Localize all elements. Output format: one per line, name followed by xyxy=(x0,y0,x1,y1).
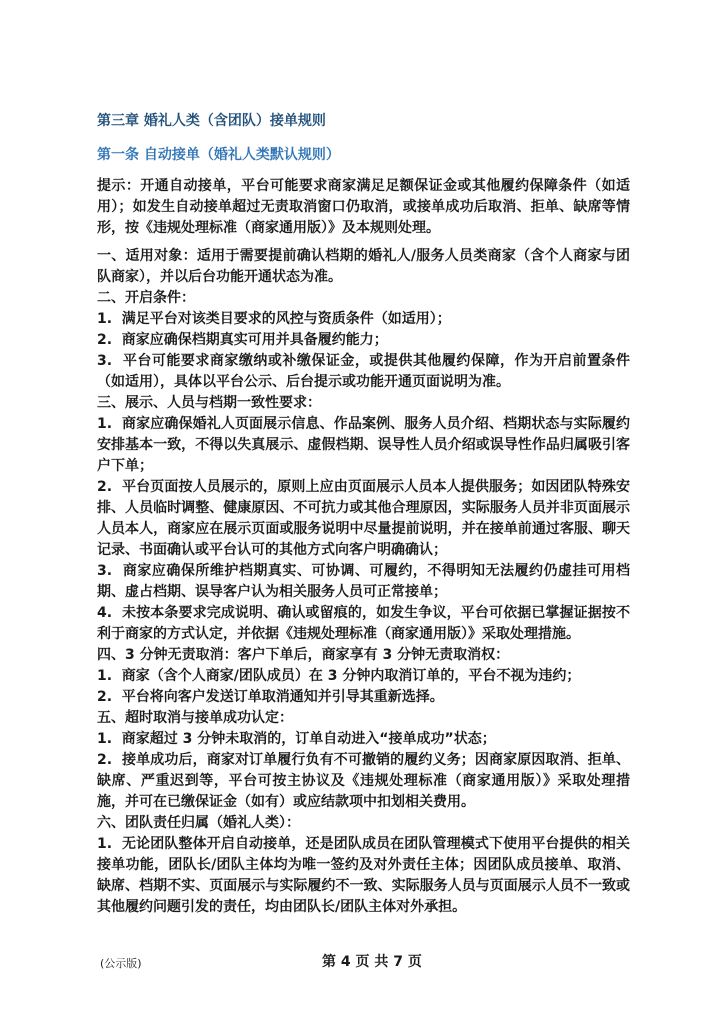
body-paragraph: 1. 无论团队整体开启自动接单，还是团队成员在团队管理模式下使用平台提供的相关接… xyxy=(97,834,630,918)
body-paragraph: 五、超时取消与接单成功认定： xyxy=(97,708,630,729)
document-page: 第三章 婚礼人类（含团队）接单规则 第一条 自动接单（婚礼人类默认规则） 提示：… xyxy=(0,0,724,1024)
body-paragraph: 二、开启条件： xyxy=(97,288,630,309)
body-paragraph: 1. 商家超过 3 分钟未取消的，订单自动进入“接单成功”状态； xyxy=(97,729,630,750)
chapter-heading: 第三章 婚礼人类（含团队）接单规则 xyxy=(97,111,630,131)
body-paragraph: 2. 接单成功后，商家对订单履行负有不可撤销的履约义务；因商家原因取消、拒单、缺… xyxy=(97,750,630,813)
notice-paragraph: 提示：开通自动接单，平台可能要求商家满足足额保证金或其他履约保障条件（如适用）；… xyxy=(97,176,630,239)
body-paragraph: 3. 商家应确保所维护档期真实、可协调、可履约，不得明知无法履约仍虚挂可用档期、… xyxy=(97,561,630,603)
body-paragraph: 三、展示、人员与档期一致性要求： xyxy=(97,393,630,414)
body-paragraph: 2. 平台将向客户发送订单取消通知并引导其重新选择。 xyxy=(97,687,630,708)
body-paragraph: 4. 未按本条要求完成说明、确认或留痕的，如发生争议，平台可依据已掌握证据按不利… xyxy=(97,603,630,645)
body-paragraph: 3. 平台可能要求商家缴纳或补缴保证金，或提供其他履约保障，作为开启前置条件（如… xyxy=(97,351,630,393)
article-heading: 第一条 自动接单（婚礼人类默认规则） xyxy=(97,145,630,165)
body-paragraph: 1. 商家（含个人商家/团队成员）在 3 分钟内取消订单的，平台不视为违约； xyxy=(97,666,630,687)
body-paragraph: 1. 商家应确保婚礼人页面展示信息、作品案例、服务人员介绍、档期状态与实际履约安… xyxy=(97,414,630,477)
body-paragraph: 四、3 分钟无责取消：客户下单后，商家享有 3 分钟无责取消权： xyxy=(97,645,630,666)
body-paragraphs: 一、适用对象：适用于需要提前确认档期的婚礼人/服务人员类商家（含个人商家与团队商… xyxy=(97,246,630,918)
footer-page-number: 第 4 页 共 7 页 xyxy=(322,953,422,971)
body-paragraph: 2. 商家应确保档期真实可用并具备履约能力； xyxy=(97,330,630,351)
body-paragraph: 六、团队责任归属（婚礼人类）： xyxy=(97,813,630,834)
body-paragraph: 2. 平台页面按人员展示的，原则上应由页面展示人员本人提供服务；如因团队特殊安排… xyxy=(97,477,630,561)
body-paragraph: 一、适用对象：适用于需要提前确认档期的婚礼人/服务人员类商家（含个人商家与团队商… xyxy=(97,246,630,288)
document-content: 第三章 婚礼人类（含团队）接单规则 第一条 自动接单（婚礼人类默认规则） 提示：… xyxy=(97,111,630,918)
footer-version-label: (公示版) xyxy=(100,957,142,971)
body-paragraph: 1. 满足平台对该类目要求的风控与资质条件（如适用）； xyxy=(97,309,630,330)
